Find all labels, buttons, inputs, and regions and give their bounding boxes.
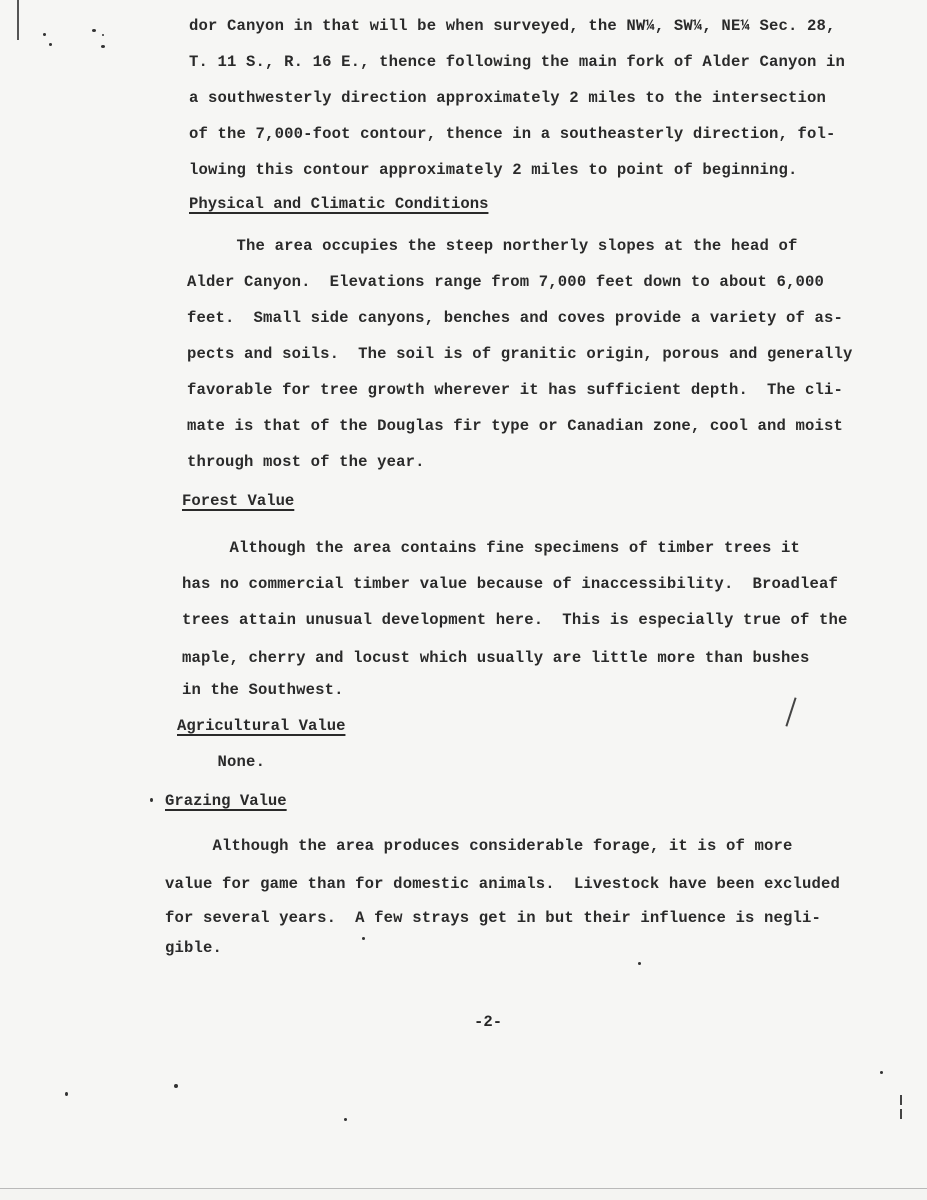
section-heading-physical-climatic: Physical and Climatic Conditions bbox=[189, 194, 488, 214]
body-line: Alder Canyon. Elevations range from 7,00… bbox=[187, 272, 824, 292]
scan-speck bbox=[43, 33, 46, 36]
body-line: has no commercial timber value because o… bbox=[182, 574, 838, 594]
scan-speck bbox=[150, 798, 153, 802]
section-heading-agricultural-value: Agricultural Value bbox=[177, 716, 345, 736]
body-line: T. 11 S., R. 16 E., thence following the… bbox=[189, 52, 845, 72]
body-line: for several years. A few strays get in b… bbox=[165, 908, 821, 928]
edge-mark bbox=[900, 1109, 902, 1119]
section-heading-forest-value: Forest Value bbox=[182, 491, 294, 511]
body-line: maple, cherry and locust which usually a… bbox=[182, 648, 810, 668]
scan-speck bbox=[101, 45, 105, 48]
body-line: Although the area produces considerable … bbox=[165, 836, 793, 856]
body-line: lowing this contour approximately 2 mile… bbox=[189, 160, 798, 180]
body-line: feet. Small side canyons, benches and co… bbox=[187, 308, 843, 328]
body-line: value for game than for domestic animals… bbox=[165, 874, 840, 894]
body-line: trees attain unusual development here. T… bbox=[182, 610, 848, 630]
scan-speck bbox=[880, 1071, 883, 1074]
scan-speck bbox=[92, 29, 96, 32]
scan-edge-line bbox=[17, 0, 19, 40]
scan-speck bbox=[344, 1118, 347, 1121]
page-number: -2- bbox=[474, 1013, 502, 1031]
scan-speck bbox=[362, 937, 365, 940]
scan-speck bbox=[102, 34, 104, 36]
body-line: mate is that of the Douglas fir type or … bbox=[187, 416, 843, 436]
body-line: gible. bbox=[165, 938, 222, 958]
section-heading-grazing-value: Grazing Value bbox=[165, 791, 287, 811]
body-line: a southwesterly direction approximately … bbox=[189, 88, 826, 108]
scan-speck bbox=[65, 1092, 68, 1096]
scan-speck bbox=[174, 1084, 178, 1088]
pencil-mark bbox=[785, 697, 796, 726]
body-line: The area occupies the steep northerly sl… bbox=[189, 236, 798, 256]
body-line: pects and soils. The soil is of granitic… bbox=[187, 344, 853, 364]
edge-mark bbox=[900, 1095, 902, 1105]
body-line: through most of the year. bbox=[187, 452, 425, 472]
body-line: in the Southwest. bbox=[182, 680, 344, 700]
scan-speck bbox=[638, 962, 641, 965]
document-page: dor Canyon in that will be when surveyed… bbox=[0, 0, 927, 1189]
body-line: Although the area contains fine specimen… bbox=[182, 538, 800, 558]
body-line: favorable for tree growth wherever it ha… bbox=[187, 380, 843, 400]
scan-speck bbox=[49, 43, 52, 46]
body-line: None. bbox=[170, 752, 265, 772]
body-line: of the 7,000-foot contour, thence in a s… bbox=[189, 124, 836, 144]
body-line: dor Canyon in that will be when surveyed… bbox=[189, 16, 836, 36]
